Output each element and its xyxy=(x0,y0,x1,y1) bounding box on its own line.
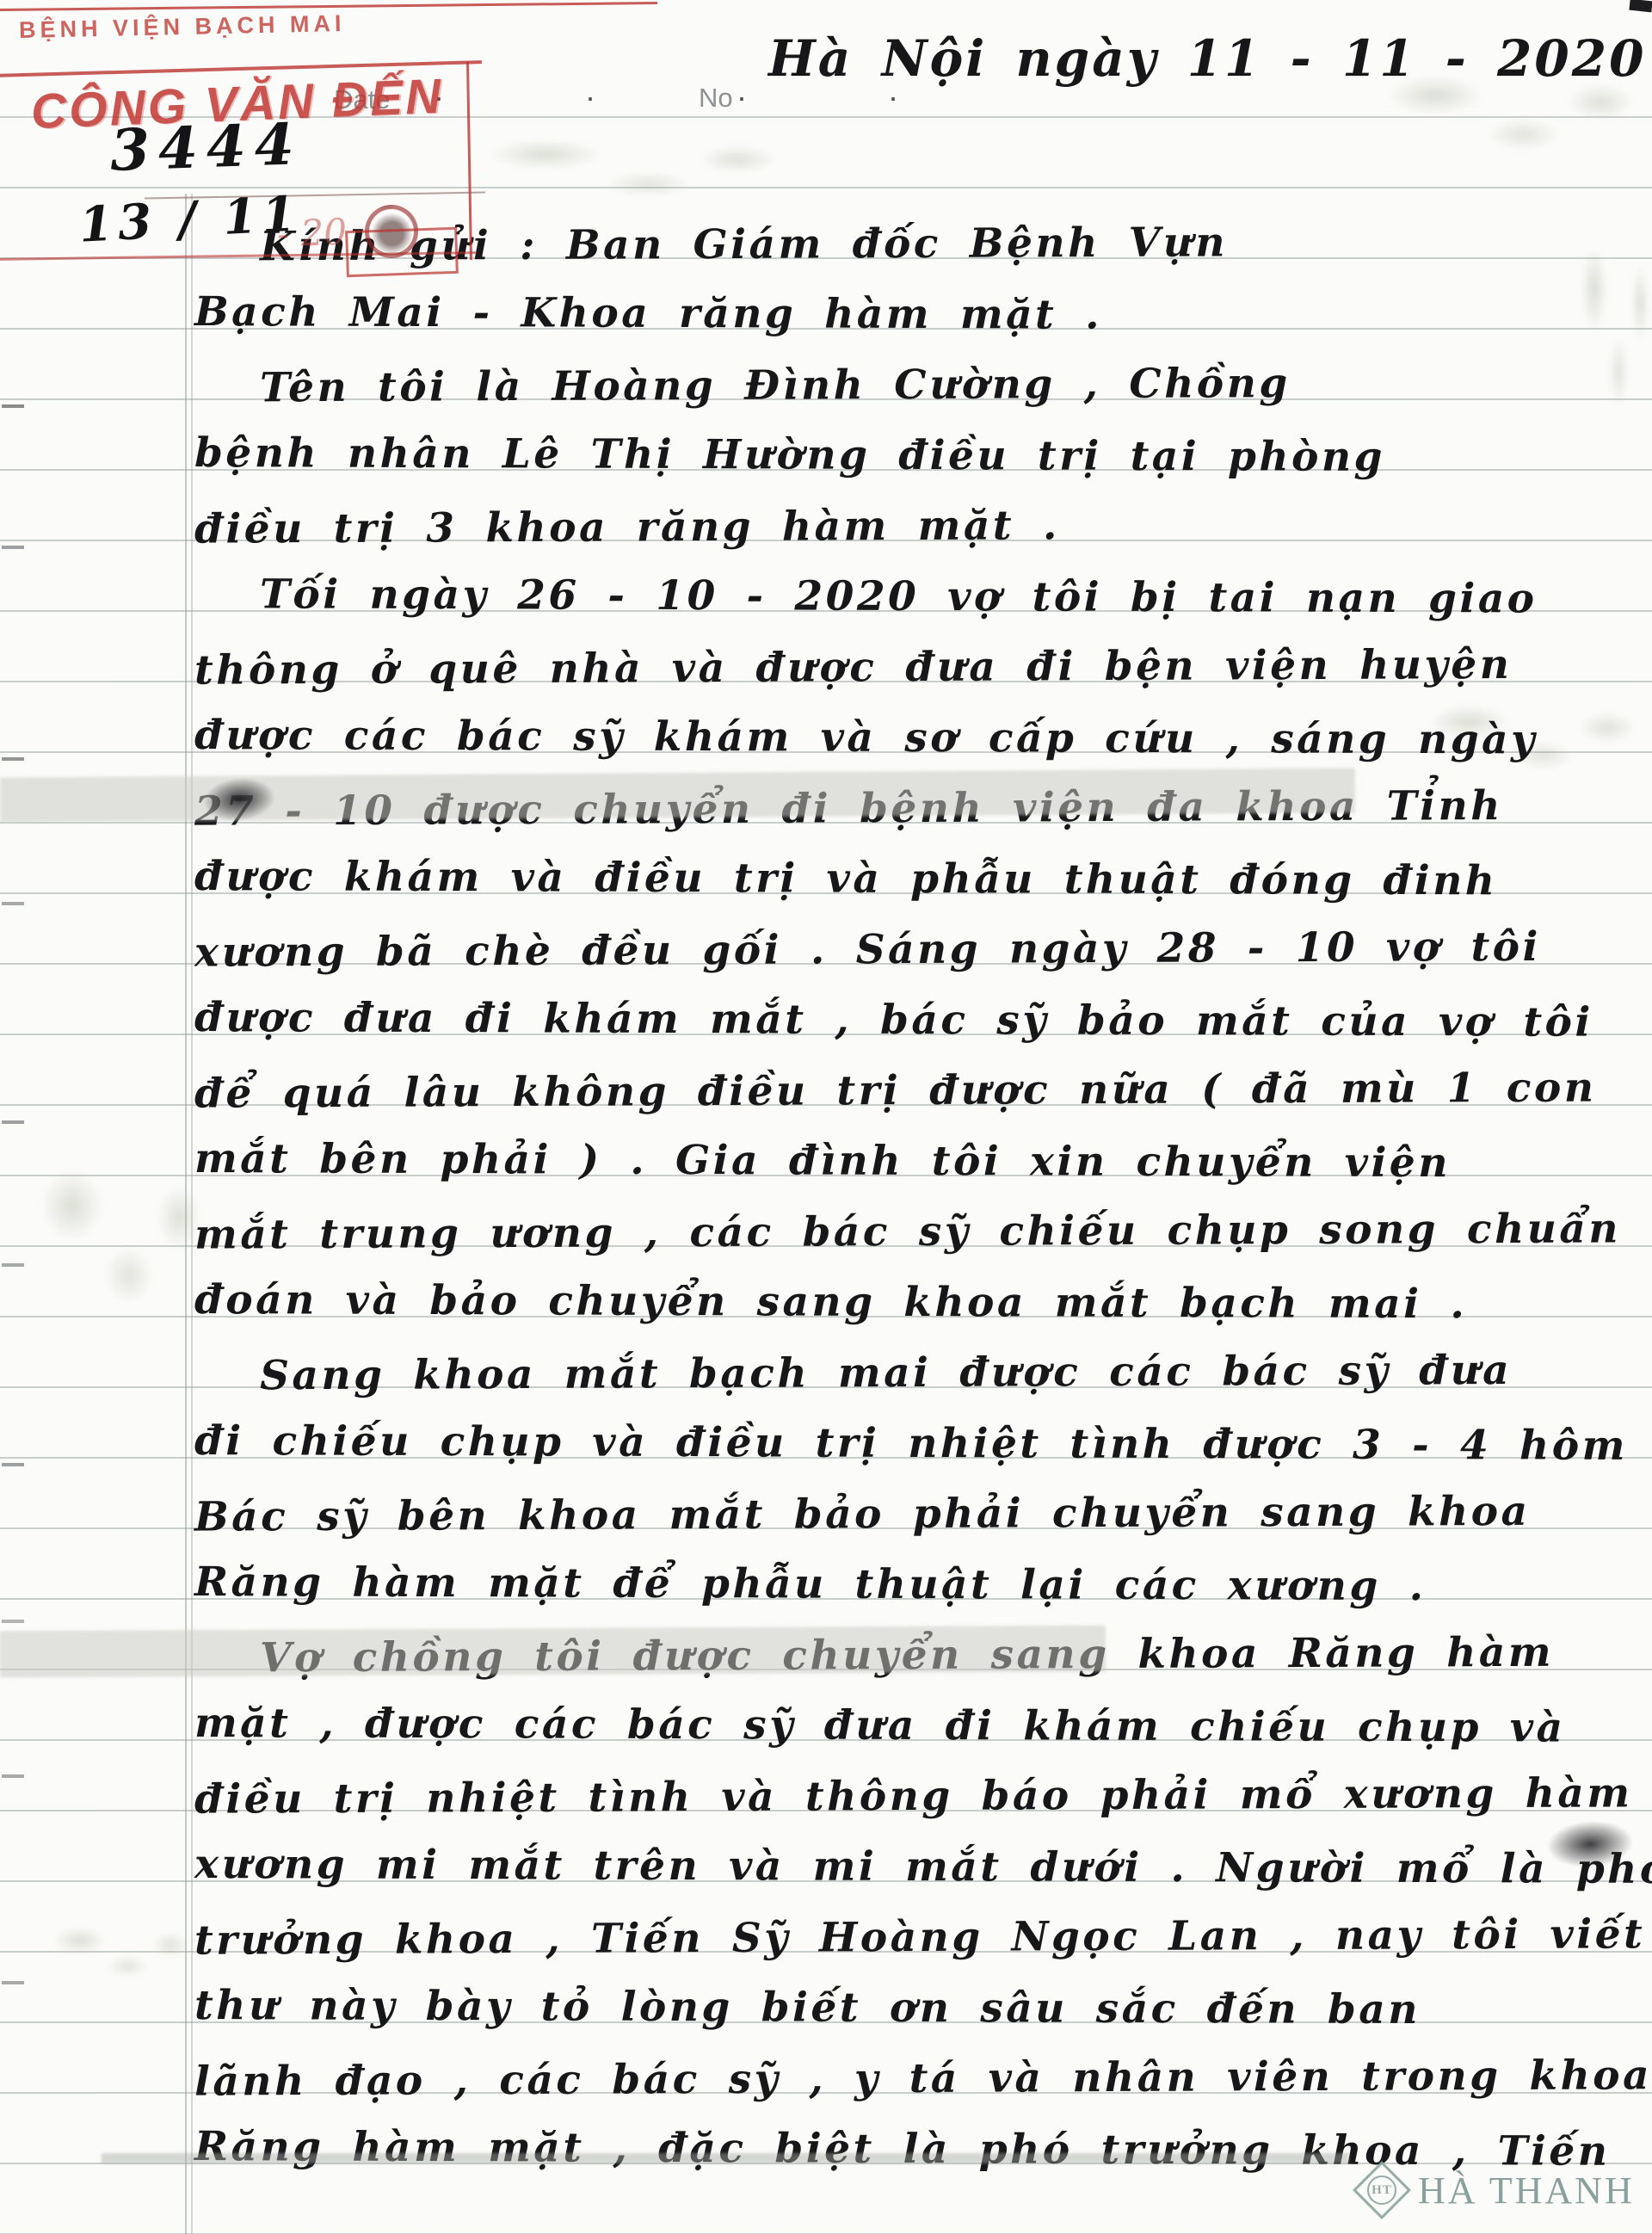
scan-corner-mark xyxy=(1629,0,1652,12)
watermark-name: HÀ THANH xyxy=(1418,2169,1635,2212)
letter-line: Tối ngày 26 - 10 - 2020 vợ tôi bị tai nạ… xyxy=(194,557,1643,633)
smear-mark xyxy=(102,2153,1349,2163)
watermark-diamond-icon: HT xyxy=(1353,2161,1411,2219)
stamp-small-box xyxy=(345,227,459,278)
letter-line: đi chiếu chụp và điều trị nhiệt tình đượ… xyxy=(194,1404,1643,1479)
letter-line: Tên tôi là Hoàng Đình Cường , Chồng xyxy=(194,344,1643,421)
stamp-document-number: 3444 xyxy=(109,110,304,184)
letter-line: Bạch Mai - Khoa răng hàm mặt . xyxy=(194,275,1643,350)
letter-body: Kính gửi : Ban Giám đốc Bệnh VựnBạch Mai… xyxy=(194,207,1643,2182)
smear-mark xyxy=(0,1626,1106,1678)
letter-line: lãnh đạo , các bác sỹ , y tá và nhân viê… xyxy=(194,2038,1643,2114)
ink-bleed-mark xyxy=(47,1915,194,2001)
printed-no-label: No xyxy=(699,83,733,114)
ink-scribble xyxy=(1545,1818,1635,1871)
letter-line: thông ở quê nhà và được đưa đi bện viện … xyxy=(194,626,1643,703)
letter-line: mắt trung ương , các bác sỹ chiếu chụp s… xyxy=(194,1191,1643,1268)
letter-line: điều trị 3 khoa răng hàm mặt . xyxy=(194,485,1643,562)
watermark-circle-icon: HT xyxy=(1367,2175,1396,2205)
letter-line: Bác sỹ bên khoa mắt bảo phải chuyển sang… xyxy=(194,1473,1643,1550)
stamp-hospital-name: BỆNH VIỆN BẠCH MAI xyxy=(19,10,347,44)
stamp-border-top xyxy=(0,2,657,11)
letter-line: Răng hàm mặt để phẫu thuật lại các xương… xyxy=(194,1545,1643,1620)
letter-line: mắt bên phải ) . Gia đình tôi xin chuyển… xyxy=(194,1121,1643,1197)
watermark: HT HÀ THANH xyxy=(1361,2160,1635,2220)
letter-line: trưởng khoa , Tiến Sỹ Hoàng Ngọc Lan , n… xyxy=(194,1897,1643,1973)
ink-bleed-mark xyxy=(34,1136,206,1368)
letter-line: xương mi mắt trên và mi mắt dưới . Người… xyxy=(194,1827,1643,1903)
watermark-logo-initials: HT xyxy=(1372,2183,1392,2198)
ink-scribble xyxy=(201,774,278,825)
letter-line: bệnh nhân Lê Thị Hường điều trị tại phòn… xyxy=(194,416,1643,491)
letter-line: xương bã chè đều gối . Sáng ngày 28 - 10… xyxy=(194,909,1643,985)
letter-line: thư này bày tỏ lòng biết ơn sâu sắc đến … xyxy=(194,1968,1643,2044)
letter-line: mặt , được các bác sỹ đưa đi khám chiếu … xyxy=(194,1686,1643,1762)
letter-line: được các bác sỹ khám và sơ cấp cứu , sán… xyxy=(194,698,1643,774)
letter-line: được khám và điều trị và phẫu thuật đóng… xyxy=(194,839,1643,915)
letter-line: để quá lâu không điều trị được nữa ( đã … xyxy=(194,1050,1643,1126)
letter-line: đoán và bảo chuyển sang khoa mắt bạch ma… xyxy=(194,1262,1643,1338)
scanned-letter-page: Date . . . . No Hà Nội ngày 11 - 11 - 20… xyxy=(0,0,1652,2234)
stamp-handwritten-date: 13 / 11 xyxy=(77,185,301,253)
letter-line: Sang khoa mắt bạch mai được các bác sỹ đ… xyxy=(194,1332,1643,1409)
letter-line: được đưa đi khám mắt , bác sỹ bảo mắt củ… xyxy=(194,980,1643,1056)
edge-tick-marks xyxy=(2,0,24,3)
handwritten-city-date: Hà Nội ngày 11 - 11 - 2020 xyxy=(768,29,1646,88)
letter-line: điều trị nhiệt tình và thông báo phải mổ… xyxy=(194,1756,1643,1832)
